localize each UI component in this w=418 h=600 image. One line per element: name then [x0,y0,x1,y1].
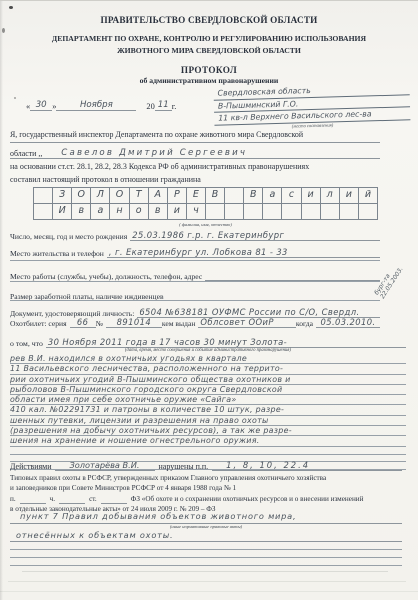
offense-line: рыболовов В-Пышминского городского округ… [10,385,406,395]
fz-line1: ФЗ «Об охоте и о сохранении охотничьих р… [131,494,364,504]
date-year: 11 [155,100,172,111]
name-grid-cell [225,187,244,204]
work-label: Место работы (службы, учебы), должность,… [10,272,205,281]
license-label: Охотбилет: серия [10,319,70,328]
offense-line: 11 Васильевского лесничества, расположен… [10,364,406,374]
name-grid-cell: О [110,187,129,204]
name-grid-cell: З [53,187,72,204]
violation-row: Действиями Золотарёва В.И. нарушены п.п.… [10,459,402,471]
name-grid-cell: Е [187,187,206,204]
license-series: 66 [70,317,96,328]
inspector-name: Савелов Дмитрий Сергеевич [61,148,247,158]
name-grid-cell: н [110,204,129,220]
actions-label: Действиями [10,462,55,471]
violation-section: Действиями Золотарёва В.И. нарушены п.п.… [10,459,402,514]
name-grid-cell [302,204,321,220]
birth-value: 25.03.1986 г.р. г. Екатеринбург [130,230,380,241]
inspector-prefix: области ,, [10,149,45,158]
name-grid-cell: ч [187,204,206,220]
name-grid-cell: О [72,187,91,204]
license-when-label: когда [296,319,316,328]
offense-line: (разрешения на добычу охотничьих ресурсо… [10,426,406,436]
fz-reference-row: п. ч. ст. ФЗ «Об охоте и о сохранении ох… [10,494,402,504]
hunting-license-field: Охотбилет: серия 66 № 891014 кем выдан О… [10,315,380,328]
date-month: Ноября [56,100,136,111]
name-grid-cell [33,187,53,204]
license-issuer: Облсовет ООиР [198,317,296,328]
name-grid-cell: в [72,204,91,220]
point-label: п. [10,494,16,504]
name-grid-row2: И в а н о в и ч [33,204,378,220]
offense-line: шенных путевки, лицензии и разрешения на… [10,416,406,426]
part-label: ч. [50,494,55,504]
name-grid-cell: и [340,187,359,204]
residence-label: Место жительства и телефон [10,249,107,258]
offense-first-line: 30 Ноября 2011 года в 17 часов 30 минут … [46,337,406,348]
faint-scan-line [22,571,388,572]
scan-speck [9,6,13,9]
protocol-title: ПРОТОКОЛ [0,65,418,75]
birth-label: Число, месяц, год и место рождения [10,232,130,241]
acts-hand-line2: отнесённых к объектам охоты. [10,530,402,543]
name-grid-cell: в [149,204,168,220]
name-grid-caption: ( фамилия, имя, отчество) [33,222,378,227]
name-grid-cell: В [244,187,263,204]
name-grid-cell [321,204,340,220]
acts-hand-line1: пункт 7 Правил добывания объектов животн… [10,511,402,524]
rules-line2: и заповедников при Совете Министров РСФС… [10,483,402,493]
basis-line2: составил настоящий протокол в отношении … [10,173,388,186]
offense-intro-label: о том, что [10,339,46,348]
name-grid-cell: а [263,187,282,204]
name-grid-cell: о [130,204,149,220]
legal-basis: на основании ст.ст. 28.1, 28.2, 28.3 Код… [10,160,388,186]
blank-rule [10,300,380,301]
name-grid-cell: и [168,204,187,220]
offense-line: рев В.И. находился в охотничьих угодьях … [10,354,406,364]
name-grid-cell [244,204,263,220]
name-grid-cell: Р [168,187,187,204]
name-grid-cell: и [302,187,321,204]
name-grid-row1: З О Л О Т А Р Е В В а с и л и й [33,187,378,204]
date-day: 30 [30,100,52,111]
name-grid-cell [206,204,225,220]
offense-line: рии охотничьих угодий В-Пышминского обще… [10,375,406,385]
inspector-name-row: области ,, Савелов Дмитрий Сергеевич [10,143,380,159]
work-field: Место работы (службы, учебы), должность,… [10,268,380,281]
offense-line: 410 кал. №02291731 и патроны в количеств… [10,405,406,415]
date-g-suffix: г. [172,102,177,111]
license-no-sign: № [96,319,106,328]
inspector-intro: Я, государственный инспектор Департамент… [10,129,380,143]
residence-field: Место жительства и телефон , г. Екатерин… [10,245,380,258]
place-of-drafting-block: Свердловская область В-Пышминский Г.О. 1… [213,82,410,131]
rules-line1: Типовых правил охоты в РСФСР, утвержденн… [10,473,402,483]
blank-rule [10,281,380,282]
article-label: ст. [89,494,97,504]
name-grid-cell: И [53,204,72,220]
government-title: ПРАВИТЕЛЬСТВО СВЕРДЛОВСКОЙ ОБЛАСТИ [0,15,418,25]
violated-label: нарушены п.п. [155,462,213,471]
date-century: 20 [146,102,154,111]
name-grid-cell: а [91,204,110,220]
blank-rule [10,550,402,558]
scan-speck [14,97,16,99]
birth-field: Число, месяц, год и место рождения 25.03… [10,228,380,241]
violated-points: 1, 8, 10, 22.4 [212,460,402,471]
inspector-block: Я, государственный инспектор Департамент… [10,129,380,159]
license-number: 891014 [106,317,162,328]
offense-line: области имея при себе охотничье оружие «… [10,395,406,405]
name-grid-cell: Л [91,187,110,204]
date-row: « 30 » Ноября 20 11 г. [26,100,176,111]
name-grid-cell: й [359,187,378,204]
faint-scan-line [0,591,418,592]
name-grid-cell [359,204,378,220]
name-grid-cell: с [282,187,301,204]
name-grid-cell: Т [130,187,149,204]
license-issued-label: кем выдан [162,319,199,328]
blank-rule [10,558,402,566]
blank-rule [10,542,402,550]
name-grid-cell [263,204,282,220]
other-acts-section: пункт 7 Правил добывания объектов животн… [10,511,402,566]
rules-reference: Типовых правил охоты в РСФСР, утвержденн… [10,473,402,493]
name-grid-cell [33,204,53,220]
name-grid-cell [340,204,359,220]
residence-value: , г. Екатеринбург ул. Лобкова 81 - 33 [107,247,380,258]
department-title: ДЕПАРТАМЕНТ ПО ОХРАНЕ, КОНТРОЛЮ И РЕГУЛИ… [0,33,418,56]
protocol-document: ПРАВИТЕЛЬСТВО СВЕРДЛОВСКОЙ ОБЛАСТИ ДЕПАР… [0,0,418,600]
basis-line1: на основании ст.ст. 28.1, 28.2, 28.3 Код… [10,160,388,173]
license-date: 05.03.2010. [316,317,380,328]
document-header: ПРАВИТЕЛЬСТВО СВЕРДЛОВСКОЙ ОБЛАСТИ ДЕПАР… [0,15,418,85]
citizen-name-grid: З О Л О Т А Р Е В В а с и л и й И в а н … [33,187,378,227]
department-line2: ЖИВОТНОГО МИРА СВЕРДЛОВСКОЙ ОБЛАСТИ [0,45,418,57]
blank-rule [10,260,380,261]
offender-name: Золотарёва В.И. [55,460,155,471]
offense-line: шения на хранение и ношение огнестрельно… [10,436,406,446]
faint-scan-line [8,581,406,582]
name-grid-cell: л [321,187,340,204]
department-line1: ДЕПАРТАМЕНТ ПО ОХРАНЕ, КОНТРОЛЮ И РЕГУЛИ… [0,33,418,45]
name-grid-cell: В [206,187,225,204]
name-grid-cell [225,204,244,220]
offense-intro-row: о том, что 30 Ноября 2011 года в 17 часо… [10,336,406,348]
name-grid-cell [282,204,301,220]
offense-description: о том, что 30 Ноября 2011 года в 17 часо… [10,336,406,470]
blank-rule [10,447,406,455]
name-grid-cell: А [149,187,168,204]
